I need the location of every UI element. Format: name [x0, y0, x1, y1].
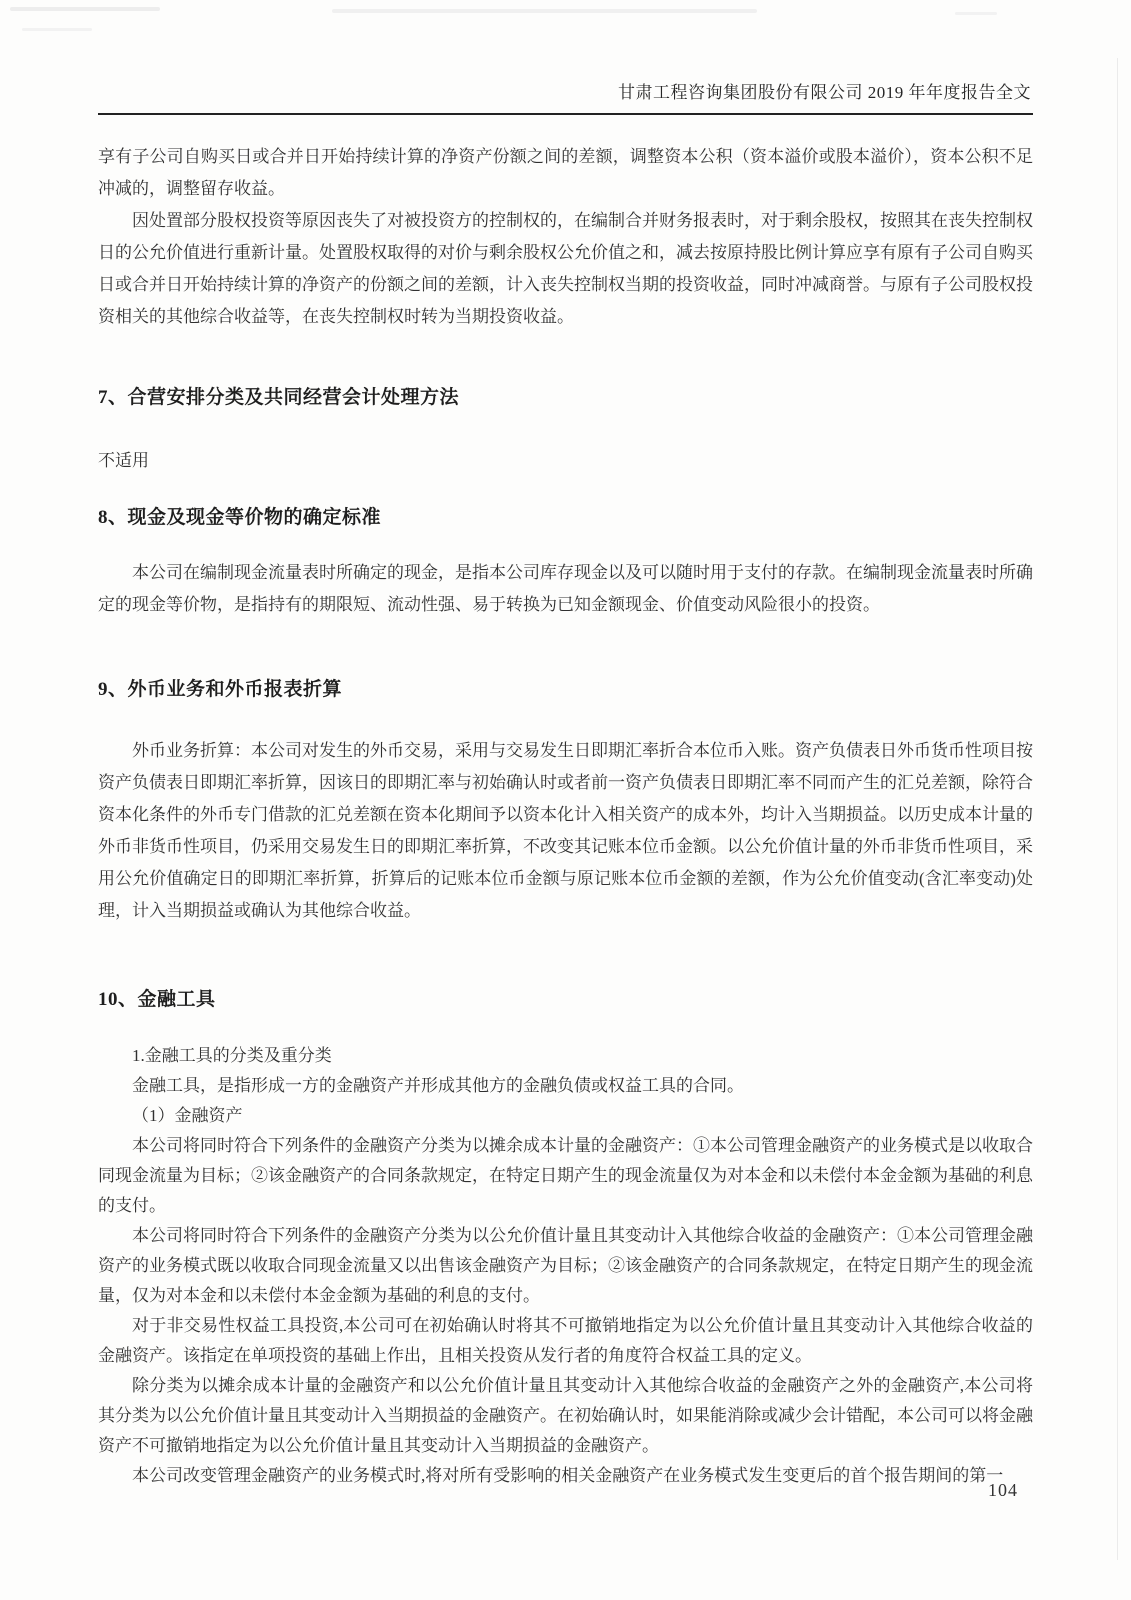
- page-number: 104: [988, 1480, 1018, 1501]
- section-10-subheading-1: 1.金融工具的分类及重分类: [98, 1041, 1033, 1071]
- section-10-paragraph-fvtpl: 除分类为以摊余成本计量的金融资产和以公允价值计量且其变动计入其他综合收益的金融资…: [98, 1371, 1033, 1461]
- section-7-body: 不适用: [98, 445, 1033, 477]
- section-9-paragraph: 外币业务折算：本公司对发生的外币交易，采用与交易发生日即期汇率折合本位币入账。资…: [98, 735, 1033, 927]
- section-8-paragraph: 本公司在编制现金流量表时所确定的现金，是指本公司库存现金以及可以随时用于支付的存…: [98, 557, 1033, 621]
- paragraph-control-loss: 因处置部分股权投资等原因丧失了对被投资方的控制权的，在编制合并财务报表时，对于剩…: [98, 205, 1033, 333]
- page-header-title: 甘肃工程咨询集团股份有限公司 2019 年年度报告全文: [618, 83, 1031, 102]
- section-10-heading: 10、金融工具: [98, 987, 1033, 1013]
- scan-edge-line: [1117, 58, 1118, 1560]
- section-9-heading: 9、外币业务和外币报表折算: [98, 677, 1033, 703]
- page-content: 享有子公司自购买日或合并日开始持续计算的净资产份额之间的差额，调整资本公积（资本…: [98, 141, 1033, 1491]
- section-10-paragraph-definition: 金融工具，是指形成一方的金融资产并形成其他方的金融负债或权益工具的合同。: [98, 1071, 1033, 1101]
- section-10-paragraph-fvoci: 本公司将同时符合下列条件的金融资产分类为以公允价值计量且其变动计入其他综合收益的…: [98, 1221, 1033, 1311]
- section-10-paragraph-amortized-cost: 本公司将同时符合下列条件的金融资产分类为以摊余成本计量的金融资产：①本公司管理金…: [98, 1131, 1033, 1221]
- scan-artifact: [955, 12, 997, 15]
- paragraph-continued: 享有子公司自购买日或合并日开始持续计算的净资产份额之间的差额，调整资本公积（资本…: [98, 141, 1033, 205]
- section-10-paragraph-equity-instrument: 对于非交易性权益工具投资,本公司可在初始确认时将其不可撤销地指定为以公允价值计量…: [98, 1311, 1033, 1371]
- report-page: 甘肃工程咨询集团股份有限公司 2019 年年度报告全文 享有子公司自购买日或合并…: [0, 0, 1131, 1600]
- section-8-heading: 8、现金及现金等价物的确定标准: [98, 505, 1033, 531]
- scan-artifact: [332, 9, 757, 13]
- scan-artifact: [22, 28, 92, 31]
- section-10-subheading-2: （1）金融资产: [98, 1101, 1033, 1131]
- section-10-paragraph-business-model-change: 本公司改变管理金融资产的业务模式时,将对所有受影响的相关金融资产在业务模式发生变…: [98, 1461, 1033, 1491]
- section-7-heading: 7、合营安排分类及共同经营会计处理方法: [98, 385, 1033, 411]
- page-header: 甘肃工程咨询集团股份有限公司 2019 年年度报告全文: [98, 0, 1033, 115]
- scan-artifact: [10, 7, 160, 11]
